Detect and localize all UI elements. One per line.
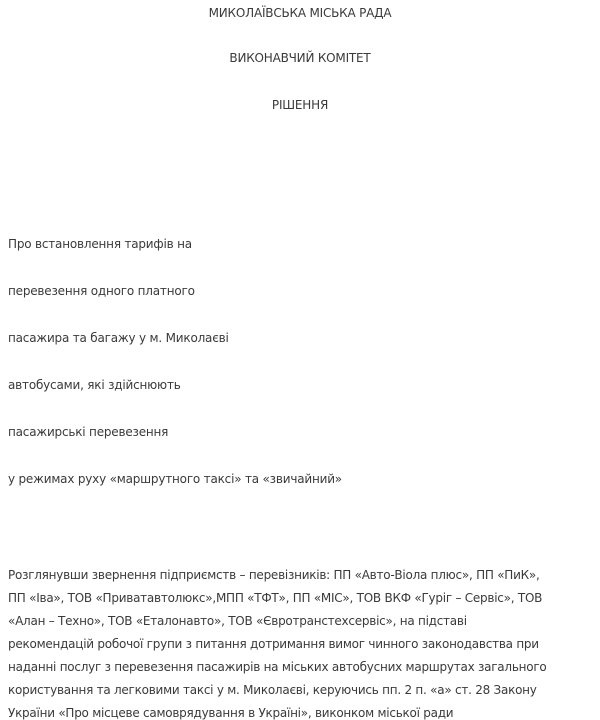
- council-name: МИКОЛАЇВСЬКА МІСЬКА РАДА: [0, 5, 600, 21]
- body-line: наданні послуг з перевезення пасажирів н…: [8, 656, 600, 679]
- title-line: у режимах руху «маршрутного таксі» та «з…: [8, 471, 342, 487]
- committee-name: ВИКОНАВЧИЙ КОМІТЕТ: [0, 50, 600, 66]
- document-page: МИКОЛАЇВСЬКА МІСЬКА РАДА ВИКОНАВЧИЙ КОМІ…: [0, 0, 600, 720]
- title-line: перевезення одного платного: [8, 283, 195, 299]
- body-line: користування та легковими таксі у м. Мик…: [8, 679, 600, 702]
- title-line: пасажира та багажу у м. Миколаєві: [8, 330, 229, 346]
- body-line: Розглянувши звернення підприємств – пере…: [8, 564, 600, 587]
- body-line: України «Про місцеве самоврядування в Ук…: [8, 702, 600, 720]
- title-line: Про встановлення тарифів на: [8, 236, 192, 252]
- document-type: РІШЕННЯ: [0, 97, 600, 113]
- title-line: автобусами, які здійснюють: [8, 377, 181, 393]
- body-paragraph: Розглянувши звернення підприємств – пере…: [8, 564, 600, 720]
- title-line: пасажирські перевезення: [8, 424, 168, 440]
- body-line: «Алан – Техно», ТОВ «Еталонавто», ТОВ «Є…: [8, 610, 600, 633]
- body-line: рекомендацій робочої групи з питання дот…: [8, 633, 600, 656]
- body-line: ПП «Іва», ТОВ «Приватавтолюкс»,МПП «ТФТ»…: [8, 587, 600, 610]
